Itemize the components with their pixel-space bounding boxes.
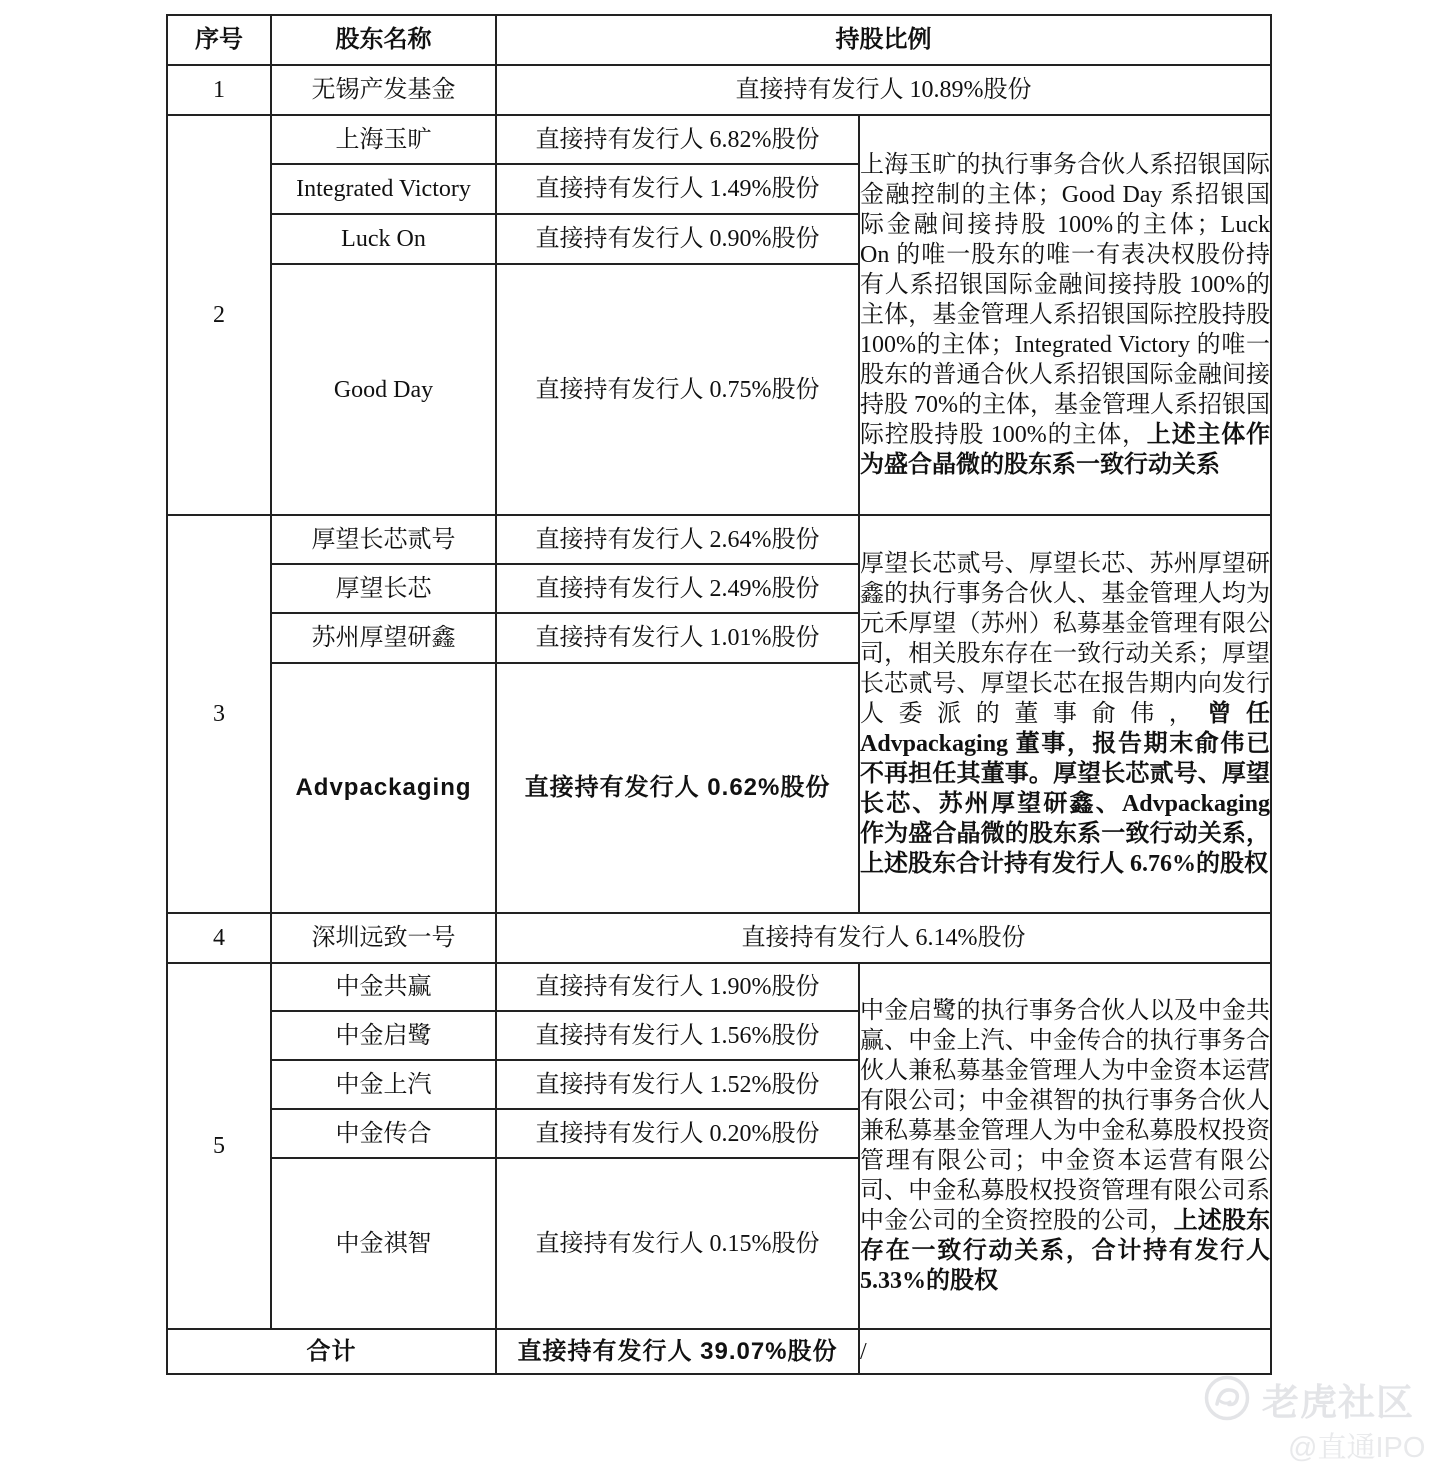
ratio-cell: 直接持有发行人 1.52%股份	[496, 1060, 859, 1109]
seq-cell-1: 1	[167, 65, 271, 115]
seq-cell-4: 4	[167, 913, 271, 963]
note-text-bold: 曾任 Advpackaging 董事，报告期末俞伟已不再担任其董事。厚望长芯贰号…	[860, 701, 1270, 877]
ratio-cell: 直接持有发行人 1.90%股份	[496, 963, 859, 1011]
table-row-2a: 2 上海玉旷 直接持有发行人 6.82%股份 上海玉旷的执行事务合伙人系招银国际…	[167, 115, 1271, 164]
seq-cell-5: 5	[167, 963, 271, 1329]
shareholder-name-cell: 深圳远致一号	[271, 913, 496, 963]
header-row: 序号 股东名称 持股比例	[167, 15, 1271, 65]
shareholder-name-cell: Luck On	[271, 214, 496, 264]
header-shareholder-name: 股东名称	[271, 15, 496, 65]
total-ratio-cell: 直接持有发行人 39.07%股份	[496, 1329, 859, 1374]
note-text: 上海玉旷的执行事务合伙人系招银国际金融控制的主体；Good Day 系招银国际金…	[860, 152, 1270, 448]
shareholder-name-cell: 厚望长芯	[271, 564, 496, 613]
table-row-5a: 5 中金共赢 直接持有发行人 1.90%股份 中金启鹭的执行事务合伙人以及中金共…	[167, 963, 1271, 1011]
ratio-cell: 直接持有发行人 6.14%股份	[496, 913, 1271, 963]
ratio-cell: 直接持有发行人 2.49%股份	[496, 564, 859, 613]
ratio-cell: 直接持有发行人 0.15%股份	[496, 1158, 859, 1329]
shareholder-name-cell: Good Day	[271, 264, 496, 515]
note-cell-group3: 厚望长芯贰号、厚望长芯、苏州厚望研鑫的执行事务合伙人、基金管理人均为元禾厚望（苏…	[859, 515, 1271, 913]
total-label-cell: 合计	[167, 1329, 496, 1374]
seq-cell-2: 2	[167, 115, 271, 515]
shareholder-name-cell: 中金传合	[271, 1109, 496, 1158]
ratio-cell: 直接持有发行人 0.20%股份	[496, 1109, 859, 1158]
header-ratio: 持股比例	[496, 15, 1271, 65]
shareholder-name-cell: 中金祺智	[271, 1158, 496, 1329]
shareholder-name-cell: Integrated Victory	[271, 164, 496, 214]
shareholding-table: 序号 股东名称 持股比例 1 无锡产发基金 直接持有发行人 10.89%股份 2…	[166, 14, 1272, 1375]
note-cell-group2: 上海玉旷的执行事务合伙人系招银国际金融控制的主体；Good Day 系招银国际金…	[859, 115, 1271, 515]
ratio-cell: 直接持有发行人 0.90%股份	[496, 214, 859, 264]
ratio-cell: 直接持有发行人 1.49%股份	[496, 164, 859, 214]
ratio-cell: 直接持有发行人 1.56%股份	[496, 1011, 859, 1060]
shareholder-name-cell: 厚望长芯贰号	[271, 515, 496, 564]
note-text: 中金启鹭的执行事务合伙人以及中金共赢、中金上汽、中金传合的执行事务合伙人兼私募基…	[860, 998, 1270, 1234]
header-seq: 序号	[167, 15, 271, 65]
document-page: 序号 股东名称 持股比例 1 无锡产发基金 直接持有发行人 10.89%股份 2…	[0, 0, 1436, 1474]
watermark-brand: 老虎社区	[1262, 1372, 1414, 1426]
watermark-handle: @直通IPO	[1288, 1425, 1425, 1466]
shareholder-name-cell: 上海玉旷	[271, 115, 496, 164]
ratio-cell: 直接持有发行人 2.64%股份	[496, 515, 859, 564]
ratio-cell: 直接持有发行人 0.62%股份	[496, 663, 859, 913]
note-cell-group5: 中金启鹭的执行事务合伙人以及中金共赢、中金上汽、中金传合的执行事务合伙人兼私募基…	[859, 963, 1271, 1329]
shareholder-name-cell: Advpackaging	[271, 663, 496, 913]
table-row-3a: 3 厚望长芯贰号 直接持有发行人 2.64%股份 厚望长芯贰号、厚望长芯、苏州厚…	[167, 515, 1271, 564]
ratio-cell: 直接持有发行人 0.75%股份	[496, 264, 859, 515]
table-row-4: 4 深圳远致一号 直接持有发行人 6.14%股份	[167, 913, 1271, 963]
shareholder-name-cell: 中金上汽	[271, 1060, 496, 1109]
shareholder-name-cell: 无锡产发基金	[271, 65, 496, 115]
shareholder-name-cell: 中金启鹭	[271, 1011, 496, 1060]
table-row-total: 合计 直接持有发行人 39.07%股份 /	[167, 1329, 1271, 1374]
ratio-cell: 直接持有发行人 6.82%股份	[496, 115, 859, 164]
table-row-1: 1 无锡产发基金 直接持有发行人 10.89%股份	[167, 65, 1271, 115]
shareholder-name-cell: 苏州厚望研鑫	[271, 613, 496, 663]
seq-cell-3: 3	[167, 515, 271, 913]
total-note-cell: /	[859, 1329, 1271, 1374]
ratio-cell: 直接持有发行人 10.89%股份	[496, 65, 1271, 115]
ratio-cell: 直接持有发行人 1.01%股份	[496, 613, 859, 663]
tiger-logo-icon	[1203, 1374, 1251, 1422]
shareholder-name-cell: 中金共赢	[271, 963, 496, 1011]
